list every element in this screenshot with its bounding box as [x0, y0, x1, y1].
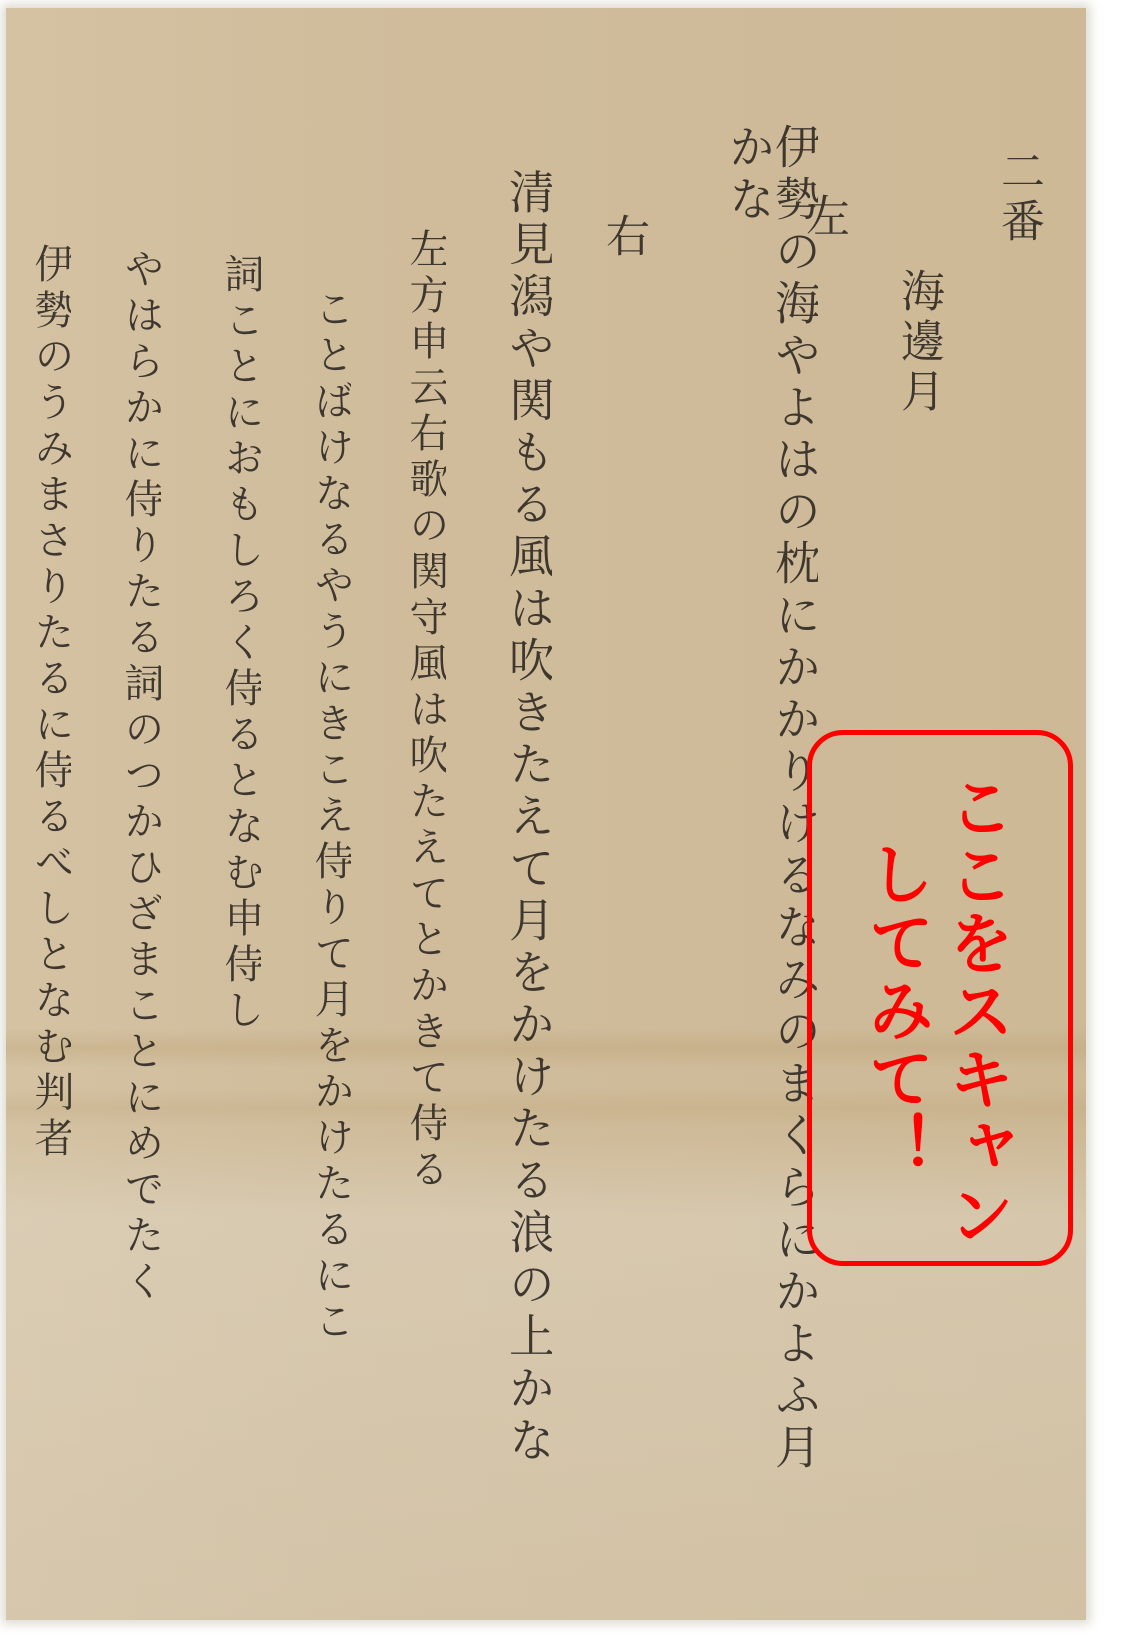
right-poem: 清見潟や関もる風は吹きたえて月をかけたる浪の上かな — [506, 168, 552, 1528]
right-label: 右 — [601, 213, 645, 263]
judgment-line-3: 詞ことにおもしろく侍るとなむ申侍し — [221, 253, 261, 1583]
judgment-line-4: やはらかに侍りたる詞のつかひざまことにめでたく — [121, 248, 161, 1488]
left-poem: 伊勢の海やよはの枕にかかりけるなみのまくらにかよふ月かな — [726, 123, 818, 1503]
judgment-line-5: 伊勢のうみまさりたるに侍るべしとなむ判者 — [31, 243, 71, 1323]
judgment-line-2: ことばけなるやうにきこえ侍りて月をかけたるにこ — [311, 288, 351, 1618]
scan-here-callout[interactable]: ここをスキャン してみて！ — [807, 730, 1073, 1266]
poem-number-heading: 二番 — [996, 148, 1040, 248]
poem-topic-heading: 海邊月 — [896, 268, 940, 418]
scan-callout-line-1: ここをスキャン — [942, 773, 1008, 1249]
judgment-line-1: 左方申云右歌の関守風は吹たえてとかきて侍る — [406, 228, 446, 1398]
scan-callout-line-2: してみて！ — [862, 840, 928, 1180]
